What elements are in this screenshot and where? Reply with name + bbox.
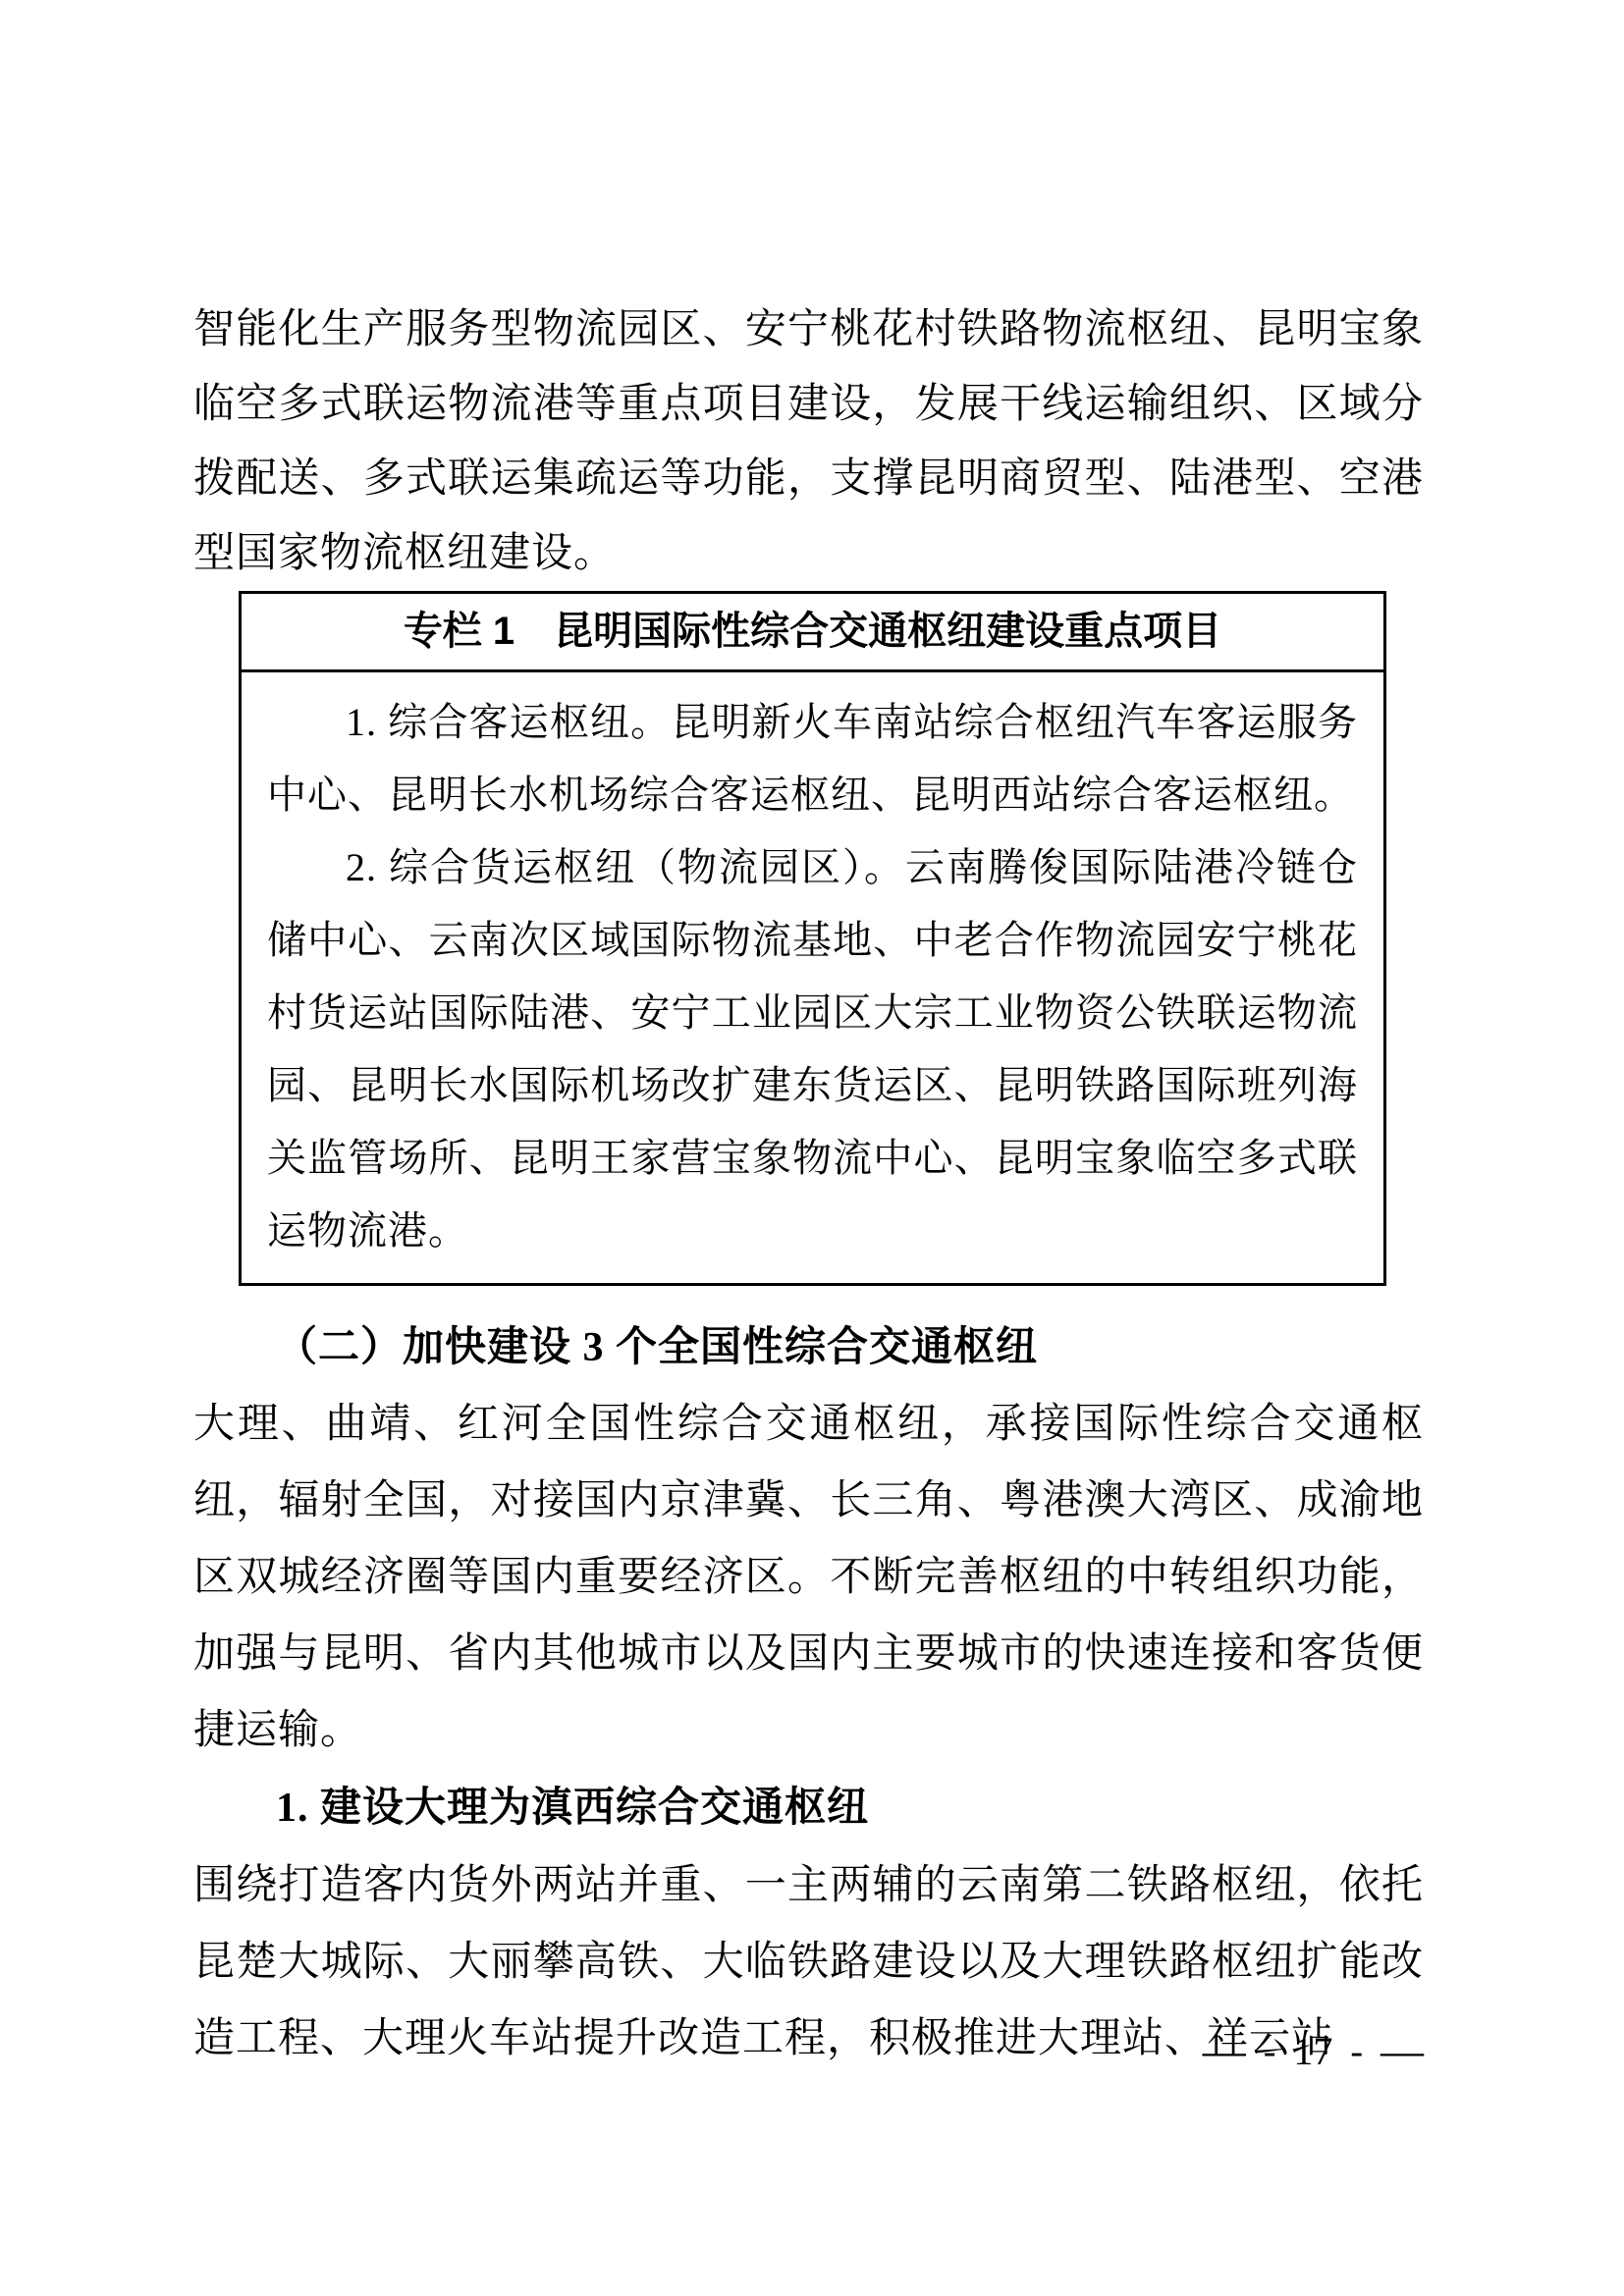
footer-right-hyphen: -	[1350, 2028, 1363, 2075]
footer-left-hyphen: -	[1264, 2028, 1276, 2075]
column-box-title: 专栏 1 昆明国际性综合交通枢纽建设重点项目	[242, 594, 1383, 672]
sub-heading-1: 1. 建设大理为滇西综合交通枢纽	[193, 1769, 1424, 1847]
column-box-item-2: 2. 综合货运枢纽（物流园区）。云南腾俊国际陆港冷链仓储中心、云南次区域国际物流…	[267, 831, 1358, 1267]
column-box-item-1: 1. 综合客运枢纽。昆明新火车南站综合枢纽汽车客运服务中心、昆明长水机场综合客运…	[267, 686, 1358, 831]
paragraph-continuation: 智能化生产服务型物流园区、安宁桃花村铁路物流枢纽、昆明宝象临空多式联运物流港等重…	[193, 293, 1424, 591]
document-page: 智能化生产服务型物流园区、安宁桃花村铁路物流枢纽、昆明宝象临空多式联运物流港等重…	[0, 0, 1624, 2296]
column-box-body: 1. 综合客运枢纽。昆明新火车南站综合枢纽汽车客运服务中心、昆明长水机场综合客运…	[242, 672, 1383, 1283]
footer-right-dash: —	[1380, 2028, 1424, 2075]
page-number: 17	[1293, 2028, 1332, 2075]
page-number-footer: — - 17 - —	[1203, 2028, 1424, 2075]
section-paragraph: 大理、曲靖、红河全国性综合交通枢纽，承接国际性综合交通枢纽，辐射全国，对接国内京…	[193, 1386, 1424, 1769]
page-content: 智能化生产服务型物流园区、安宁桃花村铁路物流枢纽、昆明宝象临空多式联运物流港等重…	[193, 293, 1424, 2077]
section-heading-2: （二）加快建设 3 个全国性综合交通枢纽	[193, 1309, 1424, 1386]
column-box: 专栏 1 昆明国际性综合交通枢纽建设重点项目 1. 综合客运枢纽。昆明新火车南站…	[239, 591, 1386, 1286]
footer-left-dash: —	[1203, 2028, 1246, 2075]
